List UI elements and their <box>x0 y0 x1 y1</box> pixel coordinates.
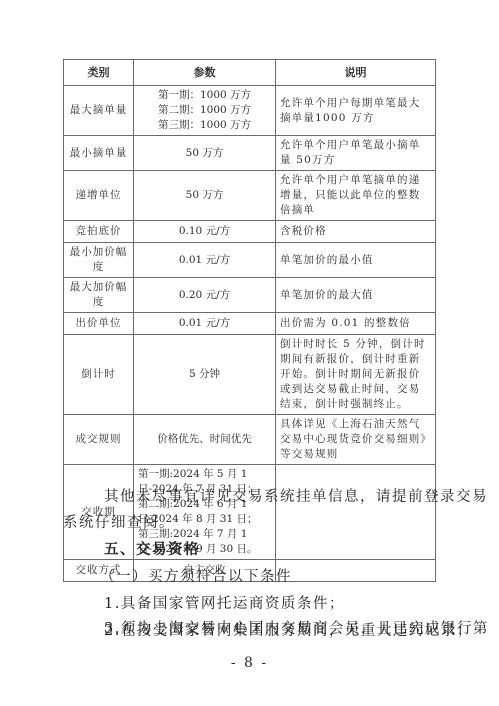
row-category: 最小摘单量 <box>64 136 134 171</box>
row-params: 第一期：1000 万方 第二期：1000 万方 第三期：1000 万方 <box>134 86 276 136</box>
row-params: 0.01 元/方 <box>134 313 276 335</box>
table-row: 最小加价幅度 0.01 元/方 单笔加价的最小值 <box>64 243 436 278</box>
row-category: 递增单位 <box>64 171 134 221</box>
header-category: 类别 <box>64 60 134 86</box>
param-line: 第三期：1000 万方 <box>138 118 271 133</box>
row-note: 含税价格 <box>276 221 436 243</box>
row-note: 具体详见《上海石油天然气交易中心现货竞价交易细则》等交易规则 <box>276 415 436 465</box>
body-paragraph-line: 其他未尽事宜详见交易系统挂单信息，请提前登录交易 <box>104 486 488 508</box>
row-note: 出价需为 0.01 的整数倍 <box>276 313 436 335</box>
row-note <box>276 465 436 560</box>
row-params: 5 分钟 <box>134 335 276 415</box>
row-category: 最小加价幅度 <box>64 243 134 278</box>
subheading: （一）买方须符合以下条件 <box>100 566 292 588</box>
row-note: 单笔加价的最大值 <box>276 278 436 313</box>
row-category: 出价单位 <box>64 313 134 335</box>
body-paragraph-line: 系统仔细查阅。 <box>63 512 175 534</box>
row-params: 0.01 元/方 <box>134 243 276 278</box>
table-row: 最大摘单量 第一期：1000 万方 第二期：1000 万方 第三期：1000 万… <box>64 86 436 136</box>
document-page: 类别 参数 说明 最大摘单量 第一期：1000 万方 第二期：1000 万方 第… <box>0 0 499 706</box>
table-row: 最大加价幅度 0.20 元/方 单笔加价的最大值 <box>64 278 436 313</box>
row-note <box>276 560 436 582</box>
table-row: 成交规则 价格优先、时间优先 具体详见《上海石油天然气交易中心现货竞价交易细则》… <box>64 415 436 465</box>
row-params: 价格优先、时间优先 <box>134 415 276 465</box>
section-heading: 五、交易资格 <box>104 539 200 561</box>
list-item: 1.具备国家管网托运商资质条件； <box>104 593 345 615</box>
header-note: 说明 <box>276 60 436 86</box>
header-params: 参数 <box>134 60 276 86</box>
table-header-row: 类别 参数 说明 <box>64 60 436 86</box>
row-note: 单笔加价的最小值 <box>276 243 436 278</box>
row-params: 0.20 元/方 <box>134 278 276 313</box>
table-row: 最小摘单量 50 万方 允许单个用户单笔最小摘单量 50万方 <box>64 136 436 171</box>
row-category: 最大加价幅度 <box>64 278 134 313</box>
table-row: 倒计时 5 分钟 倒计时时长 5 分钟，倒计时期间有新报价，倒计时重新开始。倒计… <box>64 335 436 415</box>
row-category: 倒计时 <box>64 335 134 415</box>
param-line: 第二期：1000 万方 <box>138 103 271 118</box>
param-line: 第一期：1000 万方 <box>138 88 271 103</box>
row-params: 50 万方 <box>134 171 276 221</box>
row-params: 0.10 元/方 <box>134 221 276 243</box>
page-number: - 8 - <box>0 655 499 671</box>
row-category: 最大摘单量 <box>64 86 134 136</box>
row-category: 成交规则 <box>64 415 134 465</box>
table-row: 递增单位 50 万方 允许单个用户单笔摘单的递增量，只能以此单位的整数倍摘单 <box>64 171 436 221</box>
table-row: 竞拍底价 0.10 元/方 含税价格 <box>64 221 436 243</box>
row-note: 允许单个用户单笔摘单的递增量，只能以此单位的整数倍摘单 <box>276 171 436 221</box>
row-category: 竞拍底价 <box>64 221 134 243</box>
row-params: 50 万方 <box>134 136 276 171</box>
row-note: 允许单个用户每期单笔最大摘单量1000 万方 <box>276 86 436 136</box>
row-note: 允许单个用户单笔最小摘单量 50万方 <box>276 136 436 171</box>
list-item: 3.须为上海交易中心国内交易商会员，且已完成银行第 <box>104 618 489 640</box>
table-row: 出价单位 0.01 元/方 出价需为 0.01 的整数倍 <box>64 313 436 335</box>
row-note: 倒计时时长 5 分钟，倒计时期间有新报价，倒计时重新开始。倒计时期间无新报价或到… <box>276 335 436 415</box>
